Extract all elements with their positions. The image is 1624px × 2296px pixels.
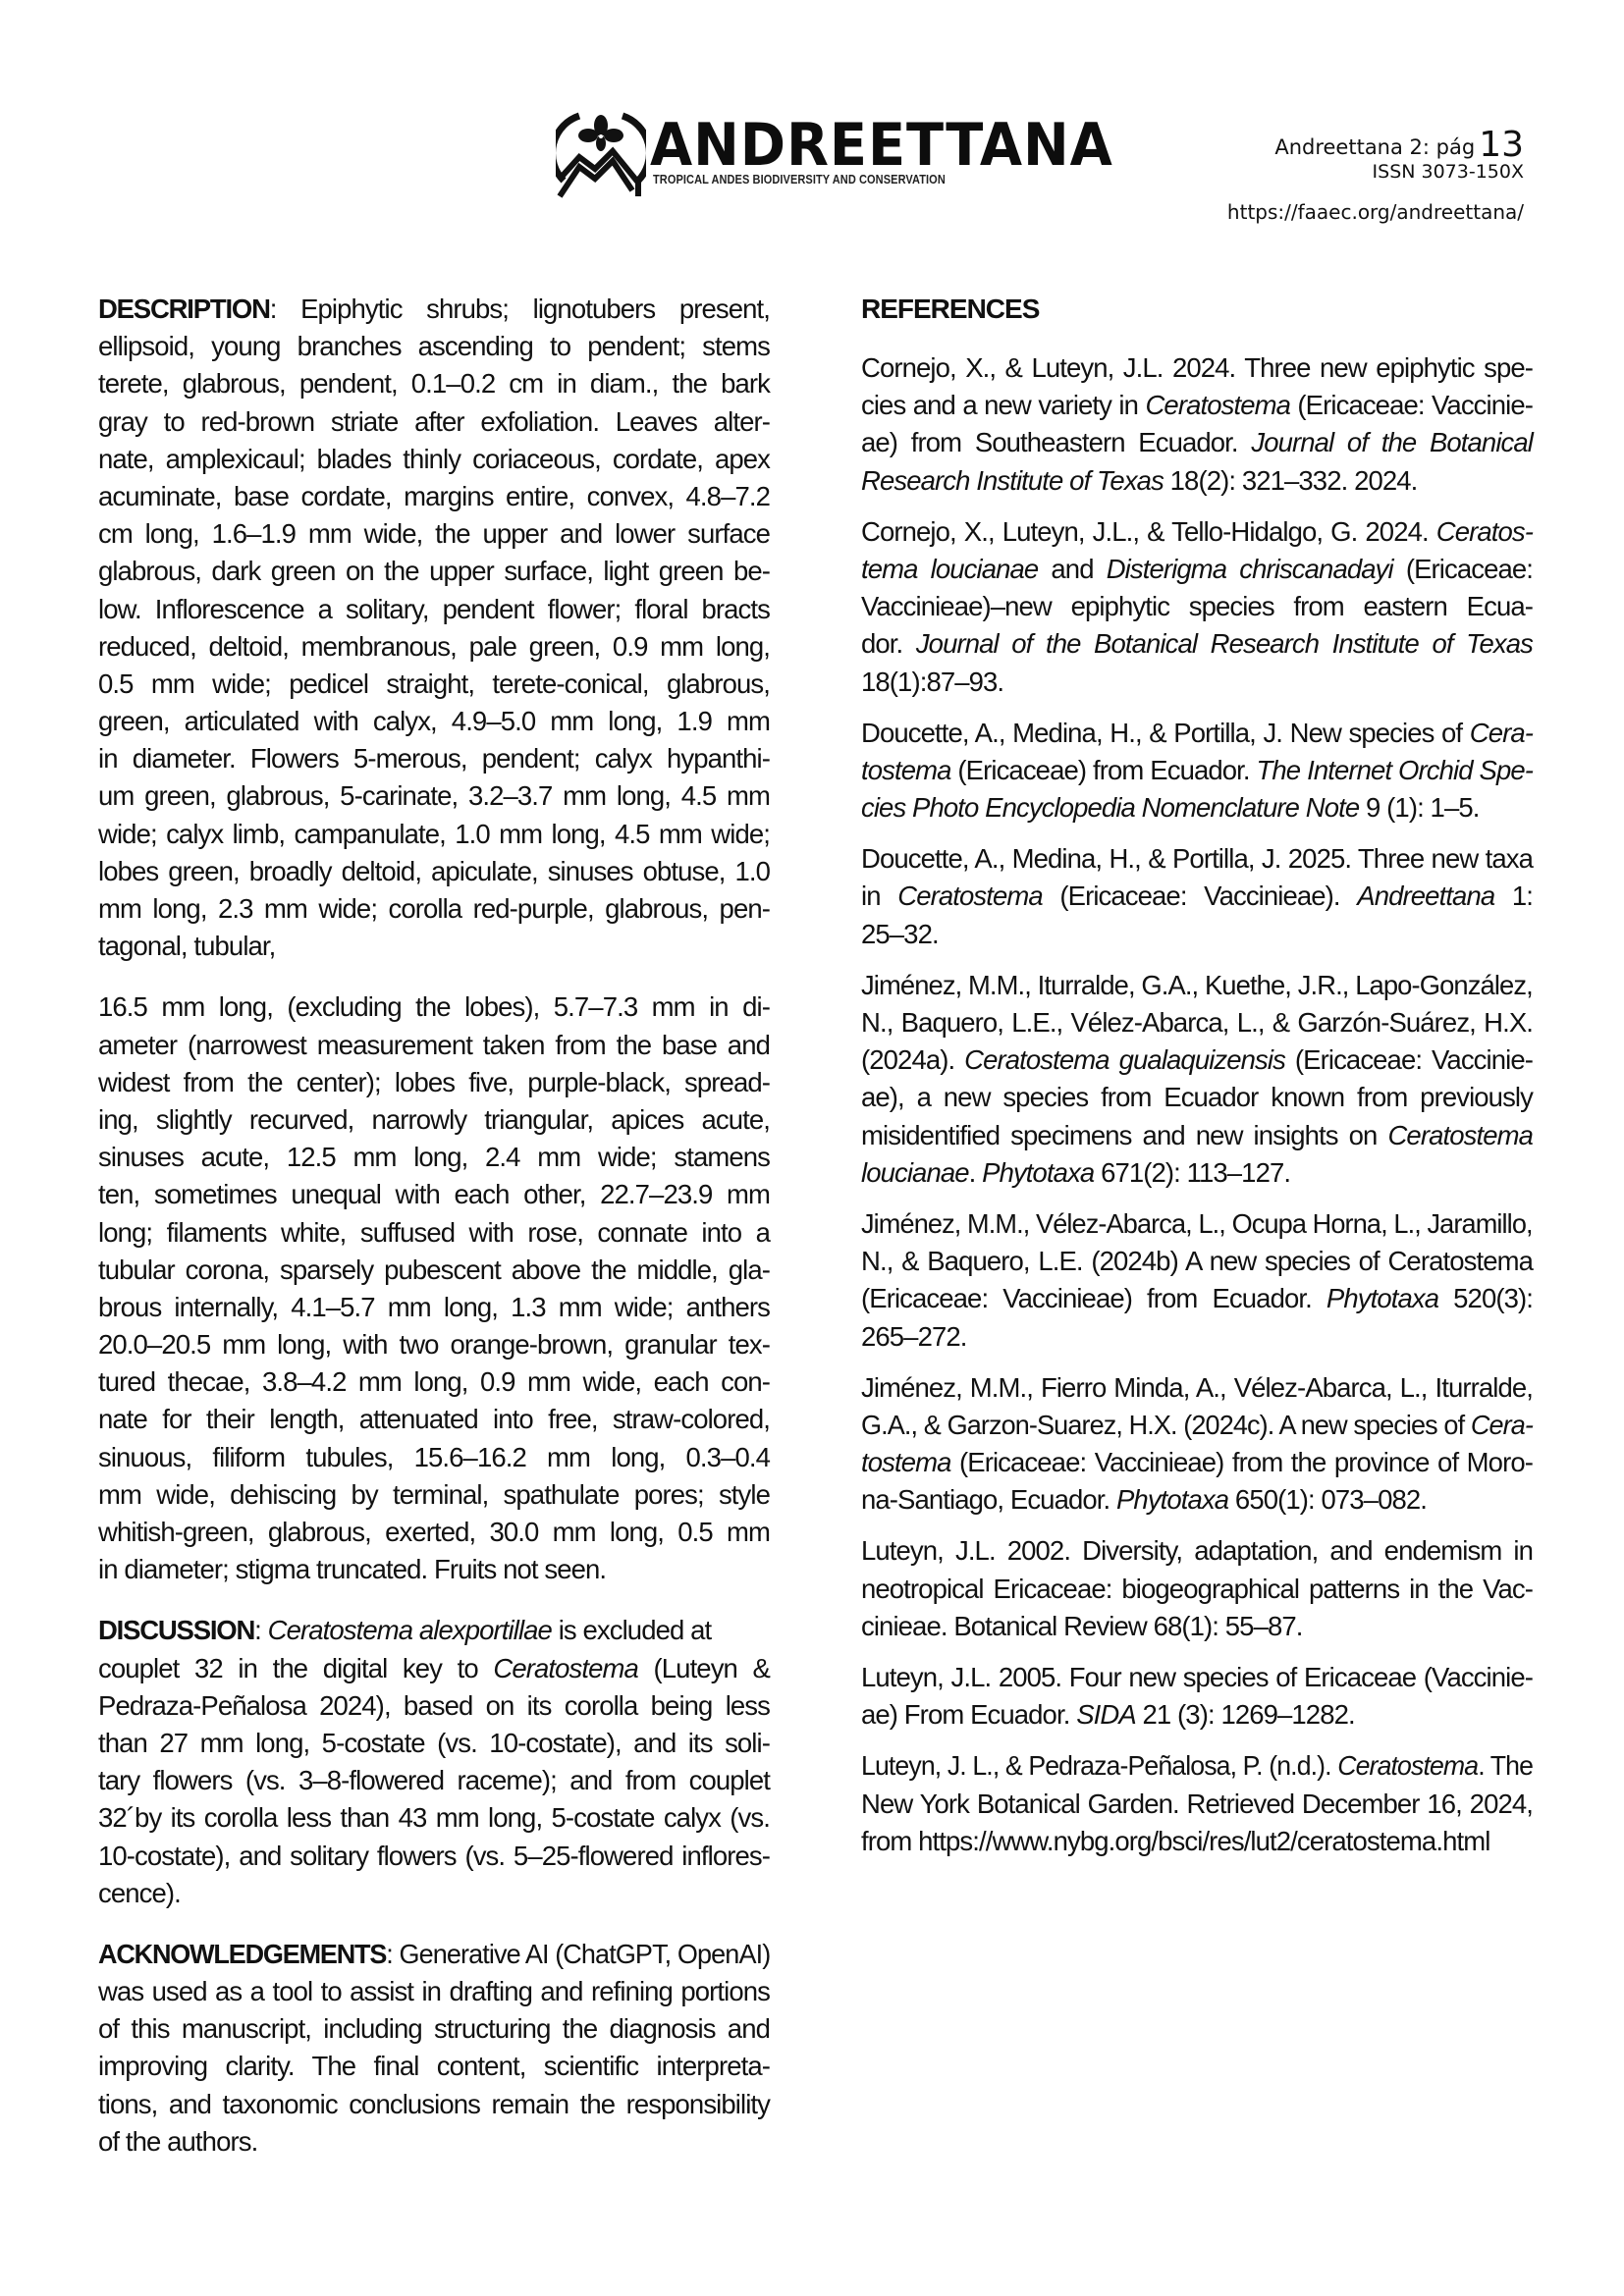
text-line: 18(1):87–93. (861, 664, 1533, 701)
text-line: whitish-green, glabrous, exerted, 30.0 m… (98, 1514, 770, 1551)
text-run: in diameter. Flowers 5-merous, pendent; … (98, 743, 770, 774)
text-run: 21 (3): 1269–1282. (1136, 1699, 1355, 1730)
text-line: 10-costate), and solitary flowers (vs. 5… (98, 1838, 770, 1875)
text-run: Pedraza-Peñalosa 2024), based on its cor… (98, 1690, 770, 1721)
text-run: : (254, 1615, 267, 1645)
italic-text: Ceratostema (897, 881, 1043, 911)
text-line: was used as a tool to assist in drafting… (98, 1973, 770, 2010)
text-line: acuminate, base cordate, margins entire,… (98, 478, 770, 515)
left-column: DESCRIPTION: Epiphytic shrubs; lignotube… (98, 291, 770, 2184)
journal-logo: ANDREETTANA TROPICAL ANDES BIODIVERSITY … (556, 110, 1081, 198)
text-line: Research Institute of Texas 18(2): 321–3… (861, 462, 1533, 500)
issn: ISSN 3073-150X (1227, 161, 1524, 183)
logo-wordmark: ANDREETTANA (650, 116, 1113, 175)
acknowledgements-paragraph: ACKNOWLEDGEMENTS: Generative AI (ChatGPT… (98, 1936, 770, 2161)
text-run: 520(3): (1438, 1283, 1533, 1313)
text-run: cies and a new variety in (861, 390, 1145, 420)
text-run: 0.5 mm wide; pedicel straight, terete-co… (98, 668, 770, 699)
text-run: ae), a new species from Ecuador known fr… (861, 1082, 1533, 1112)
text-run: Luteyn, J.L. 2005. Four new species of E… (861, 1662, 1533, 1692)
italic-text: Andreettana (1357, 881, 1494, 911)
text-line: G.A., & Garzon-Suarez, H.X. (2024c). A n… (861, 1407, 1533, 1444)
text-line: mm long, 2.3 mm wide; corolla red-purple… (98, 890, 770, 928)
text-line: than 27 mm long, 5-costate (vs. 10-costa… (98, 1725, 770, 1762)
text-run: in diameter; stigma truncated. Fruits no… (98, 1554, 606, 1584)
logo-tagline: TROPICAL ANDES BIODIVERSITY AND CONSERVA… (653, 173, 946, 187)
italic-text: Ceratostema gualaquizensis (964, 1044, 1285, 1075)
text-line: tagonal, tubular, (98, 928, 770, 965)
text-line: New York Botanical Garden. Retrieved Dec… (861, 1786, 1533, 1823)
text-run: 32´by its corolla less than 43 mm long, … (98, 1802, 770, 1833)
text-run: ae) from Southeastern Ecuador. (861, 427, 1251, 457)
reference-item: Cornejo, X., Luteyn, J.L., & Tello-Hidal… (861, 513, 1533, 701)
journal-url-link[interactable]: https://faaec.org/andreettana/ (1227, 200, 1524, 224)
text-line: cies and a new variety in Ceratostema (E… (861, 387, 1533, 424)
text-line: from https://www.nybg.org/bsci/res/lut2/… (861, 1823, 1533, 1860)
text-line: dor. Journal of the Botanical Research I… (861, 625, 1533, 663)
text-run: couplet 32 in the digital key to (98, 1653, 493, 1683)
text-run: 1: (1494, 881, 1533, 911)
text-line: sinuses acute, 12.5 mm long, 2.4 mm wide… (98, 1139, 770, 1176)
text-run: 10-costate), and solitary flowers (vs. 5… (98, 1841, 770, 1871)
text-line: Jiménez, M.M., Vélez-Abarca, L., Ocupa H… (861, 1205, 1533, 1243)
text-line: N., & Baquero, L.E. (2024b) A new specie… (861, 1243, 1533, 1280)
italic-text: Phytotaxa (1116, 1484, 1228, 1515)
text-run: (2024a). (861, 1044, 964, 1075)
text-run: brous internally, 4.1–5.7 mm long, 1.3 m… (98, 1292, 770, 1322)
italic-text: Ceratostema (493, 1653, 638, 1683)
text-line: tary flowers (vs. 3–8-flowered raceme); … (98, 1762, 770, 1799)
text-line: sinuous, filiform tubules, 15.6–16.2 mm … (98, 1439, 770, 1476)
text-run: G.A., & Garzon-Suarez, H.X. (2024c). A n… (861, 1410, 1471, 1440)
text-line: na-Santiago, Ecuador. Phytotaxa 650(1): … (861, 1481, 1533, 1519)
text-line: ae), a new species from Ecuador known fr… (861, 1079, 1533, 1116)
text-line: in diameter; stigma truncated. Fruits no… (98, 1551, 770, 1588)
text-line: cinieae. Botanical Review 68(1): 55–87. (861, 1608, 1533, 1645)
text-line: ACKNOWLEDGEMENTS: Generative AI (ChatGPT… (98, 1936, 770, 1973)
text-run: (Ericaceae: Vaccinieae) from the provinc… (951, 1447, 1533, 1477)
text-run: ellipsoid, young branches ascending to p… (98, 331, 770, 361)
text-line: Pedraza-Peñalosa 2024), based on its cor… (98, 1687, 770, 1725)
journal-issue: Andreettana 2: pág (1274, 135, 1475, 159)
text-run: widest from the center); lobes five, pur… (98, 1067, 770, 1097)
text-run: (Ericaceae) from Ecuador. (951, 755, 1257, 785)
text-run: (Ericaceae: (1393, 554, 1533, 584)
text-run: ten, sometimes unequal with each other, … (98, 1179, 770, 1209)
reference-item: Doucette, A., Medina, H., & Portilla, J.… (861, 840, 1533, 953)
text-line: 265–272. (861, 1318, 1533, 1356)
text-line: tema loucianae and Disterigma chriscanad… (861, 551, 1533, 588)
text-run: acuminate, base cordate, margins entire,… (98, 481, 770, 511)
text-run: 650(1): 073–082. (1228, 1484, 1427, 1515)
section-label: ACKNOWLEDGEMENTS (98, 1939, 386, 1969)
journal-meta: Andreettana 2: pág13 ISSN 3073-150X http… (1227, 132, 1524, 224)
text-line: tions, and taxonomic conclusions remain … (98, 2086, 770, 2123)
text-run: is excluded at (552, 1615, 711, 1645)
text-line: ellipsoid, young branches ascending to p… (98, 328, 770, 365)
italic-text: Phytotaxa (1326, 1283, 1438, 1313)
text-run: tagonal, tubular, (98, 931, 275, 961)
text-run: ing, slightly recurved, narrowly triangu… (98, 1104, 770, 1135)
reference-item: Luteyn, J.L. 2005. Four new species of E… (861, 1659, 1533, 1734)
text-run: na-Santiago, Ecuador. (861, 1484, 1116, 1515)
text-run: sinuous, filiform tubules, 15.6–16.2 mm … (98, 1442, 770, 1472)
text-run: in (861, 881, 897, 911)
text-line: nate for their length, attenuated into f… (98, 1401, 770, 1438)
text-run: whitish-green, glabrous, exerted, 30.0 m… (98, 1517, 770, 1547)
italic-text: Journal of the Botanical Research Instit… (916, 628, 1533, 659)
text-line: 25–32. (861, 916, 1533, 953)
text-run: cinieae. Botanical Review 68(1): 55–87. (861, 1611, 1303, 1641)
text-run: wide; calyx limb, campanulate, 1.0 mm lo… (98, 819, 770, 849)
text-run: Cornejo, X., & Luteyn, J.L. 2024. Three … (861, 352, 1533, 383)
italic-text: tostema (861, 755, 951, 785)
text-run: : Generative AI (ChatGPT, OpenAI) (386, 1939, 770, 1969)
text-line: um green, glabrous, 5-carinate, 3.2–3.7 … (98, 777, 770, 815)
italic-text: Ceratostema (1337, 1750, 1478, 1781)
text-line: Cornejo, X., Luteyn, J.L., & Tello-Hidal… (861, 513, 1533, 551)
text-run: 18(2): 321–332. 2024. (1164, 465, 1417, 496)
text-run: nate, amplexicaul; blades thinly coriace… (98, 444, 770, 474)
orchid-mountain-logo-icon (556, 110, 646, 198)
text-line: ae) From Ecuador. SIDA 21 (3): 1269–1282… (861, 1696, 1533, 1734)
italic-text: SIDA (1076, 1699, 1136, 1730)
text-run: dor. (861, 628, 916, 659)
text-run: and (1038, 554, 1106, 584)
page-number: 13 (1479, 125, 1524, 165)
text-run: nate for their length, attenuated into f… (98, 1404, 770, 1434)
text-line: wide; calyx limb, campanulate, 1.0 mm lo… (98, 816, 770, 853)
italic-text: Ceratostema (1387, 1120, 1533, 1150)
text-line: ameter (narrowest measurement taken from… (98, 1027, 770, 1064)
text-line: mm wide, dehiscing by terminal, spathula… (98, 1476, 770, 1514)
discussion-paragraph: DISCUSSION: Ceratostema alexportillae is… (98, 1612, 770, 1912)
text-run: N., & Baquero, L.E. (2024b) A new specie… (861, 1246, 1533, 1276)
text-run: gray to red-brown striate after exfoliat… (98, 406, 770, 437)
text-run: um green, glabrous, 5-carinate, 3.2–3.7 … (98, 780, 770, 811)
journal-reference: Andreettana 2: pág13 (1227, 132, 1524, 161)
text-run: Jiménez, M.M., Fierro Minda, A., Vélez-A… (861, 1372, 1533, 1403)
reference-item: Luteyn, J.L. 2002. Diversity, adaptation… (861, 1532, 1533, 1645)
reference-item: Luteyn, J. L., & Pedraza-Peñalosa, P. (n… (861, 1747, 1533, 1860)
text-run: Jiménez, M.M., Iturralde, G.A., Kuethe, … (861, 970, 1533, 1000)
text-line: 0.5 mm wide; pedicel straight, terete-co… (98, 666, 770, 703)
text-line: gray to red-brown striate after exfoliat… (98, 403, 770, 441)
description-paragraph-1: DESCRIPTION: Epiphytic shrubs; lignotube… (98, 291, 770, 965)
text-line: nate, amplexicaul; blades thinly coriace… (98, 441, 770, 478)
text-run: cm long, 1.6–1.9 mm wide, the upper and … (98, 518, 770, 549)
italic-text: Ceratostema (1145, 390, 1290, 420)
text-line: tubular corona, sparsely pubescent above… (98, 1252, 770, 1289)
text-line: 20.0–20.5 mm long, with two orange-brown… (98, 1326, 770, 1363)
text-run: neotropical Ericaceae: biogeographical p… (861, 1574, 1533, 1604)
text-run: Luteyn, J. L., & Pedraza-Peñalosa, P. (n… (861, 1750, 1337, 1781)
section-label: DESCRIPTION (98, 294, 270, 324)
text-run: terete, glabrous, pendent, 0.1–0.2 cm in… (98, 368, 770, 399)
text-run: cence). (98, 1878, 181, 1908)
text-run: New York Botanical Garden. Retrieved Dec… (861, 1789, 1533, 1819)
text-run: lobes green, broadly deltoid, apiculate,… (98, 856, 770, 886)
text-line: (2024a). Ceratostema gualaquizensis (Eri… (861, 1041, 1533, 1079)
references-heading: REFERENCES (861, 291, 1533, 328)
text-run: mm wide, dehiscing by terminal, spathula… (98, 1479, 770, 1510)
text-line: Doucette, A., Medina, H., & Portilla, J.… (861, 715, 1533, 752)
text-run: of this manuscript, including structurin… (98, 2013, 770, 2044)
italic-text: loucianae (861, 1157, 969, 1188)
text-run: 16.5 mm long, (excluding the lobes), 5.7… (98, 991, 770, 1022)
italic-text: tema loucianae (861, 554, 1038, 584)
text-line: ing, slightly recurved, narrowly triangu… (98, 1101, 770, 1139)
text-run: was used as a tool to assist in drafting… (98, 1976, 770, 2006)
italic-text: Journal of the Botanical (1251, 427, 1533, 457)
text-line: glabrous, dark green on the upper surfac… (98, 553, 770, 590)
text-run: of the authors. (98, 2126, 257, 2157)
italic-text: Ceratos- (1436, 516, 1533, 547)
text-run: mm long, 2.3 mm wide; corolla red-purple… (98, 893, 770, 924)
text-run: sinuses acute, 12.5 mm long, 2.4 mm wide… (98, 1142, 770, 1172)
italic-text: Cera- (1470, 718, 1533, 748)
text-line: ten, sometimes unequal with each other, … (98, 1176, 770, 1213)
italic-text: Cera- (1471, 1410, 1533, 1440)
text-line: DISCUSSION: Ceratostema alexportillae is… (98, 1612, 770, 1649)
text-run: reduced, deltoid, membranous, pale green… (98, 631, 770, 662)
text-line: of the authors. (98, 2123, 770, 2161)
description-paragraph-2: 16.5 mm long, (excluding the lobes), 5.7… (98, 988, 770, 1588)
text-run: (Ericaceae: Vaccinie- (1290, 390, 1533, 420)
text-run: Luteyn, J.L. 2002. Diversity, adaptation… (861, 1535, 1533, 1566)
text-run: . The (1478, 1750, 1533, 1781)
text-run: ameter (narrowest measurement taken from… (98, 1030, 770, 1060)
text-line: brous internally, 4.1–5.7 mm long, 1.3 m… (98, 1289, 770, 1326)
reference-item: Jiménez, M.M., Iturralde, G.A., Kuethe, … (861, 967, 1533, 1192)
text-line: tostema (Ericaceae) from Ecuador. The In… (861, 752, 1533, 789)
text-line: cence). (98, 1875, 770, 1912)
text-line: ae) from Southeastern Ecuador. Journal o… (861, 424, 1533, 461)
text-line: 32´by its corolla less than 43 mm long, … (98, 1799, 770, 1837)
text-line: couplet 32 in the digital key to Ceratos… (98, 1650, 770, 1687)
text-line: cm long, 1.6–1.9 mm wide, the upper and … (98, 515, 770, 553)
italic-text: cies Photo Encyclopedia Nomenclature Not… (861, 792, 1359, 823)
text-run: (Luteyn & (638, 1653, 770, 1683)
text-line: tured thecae, 3.8–4.2 mm long, 0.9 mm wi… (98, 1363, 770, 1401)
text-line: 16.5 mm long, (excluding the lobes), 5.7… (98, 988, 770, 1026)
text-line: N., Baquero, L.E., Vélez-Abarca, L., & G… (861, 1004, 1533, 1041)
text-line: Doucette, A., Medina, H., & Portilla, J.… (861, 840, 1533, 878)
text-run: 265–272. (861, 1321, 967, 1352)
text-run: ae) From Ecuador. (861, 1699, 1076, 1730)
text-run: Cornejo, X., Luteyn, J.L., & Tello-Hidal… (861, 516, 1436, 547)
text-line: reduced, deltoid, membranous, pale green… (98, 628, 770, 666)
section-label: DISCUSSION (98, 1615, 254, 1645)
reference-item: Doucette, A., Medina, H., & Portilla, J.… (861, 715, 1533, 828)
text-line: Luteyn, J.L. 2005. Four new species of E… (861, 1659, 1533, 1696)
right-column: REFERENCES Cornejo, X., & Luteyn, J.L. 2… (861, 291, 1533, 1874)
text-run: tubular corona, sparsely pubescent above… (98, 1255, 770, 1285)
text-line: in diameter. Flowers 5-merous, pendent; … (98, 740, 770, 777)
text-line: Luteyn, J.L. 2002. Diversity, adaptation… (861, 1532, 1533, 1570)
text-run: tions, and taxonomic conclusions remain … (98, 2089, 770, 2119)
text-run: Vaccinieae)–new epiphytic species from e… (861, 591, 1533, 621)
text-run: Doucette, A., Medina, H., & Portilla, J.… (861, 718, 1470, 748)
italic-text: The Internet Orchid Spe- (1257, 755, 1533, 785)
text-line: long; filaments white, suffused with ros… (98, 1214, 770, 1252)
text-run: Jiménez, M.M., Vélez-Abarca, L., Ocupa H… (861, 1208, 1533, 1239)
italic-text: Ceratostema alexportillae (268, 1615, 552, 1645)
text-run: tary flowers (vs. 3–8-flowered raceme); … (98, 1765, 770, 1795)
text-run: (Ericaceae: Vaccinie- (1285, 1044, 1533, 1075)
text-line: Jiménez, M.M., Iturralde, G.A., Kuethe, … (861, 967, 1533, 1004)
text-run: green, articulated with calyx, 4.9–5.0 m… (98, 706, 770, 736)
text-line: Luteyn, J. L., & Pedraza-Peñalosa, P. (n… (861, 1747, 1533, 1785)
text-run: tured thecae, 3.8–4.2 mm long, 0.9 mm wi… (98, 1366, 770, 1397)
text-line: (Ericaceae: Vaccinieae) from Ecuador. Ph… (861, 1280, 1533, 1317)
text-line: of this manuscript, including structurin… (98, 2010, 770, 2048)
italic-text: Phytotaxa (982, 1157, 1094, 1188)
reference-item: Jiménez, M.M., Fierro Minda, A., Vélez-A… (861, 1369, 1533, 1520)
text-run: N., Baquero, L.E., Vélez-Abarca, L., & G… (861, 1007, 1533, 1038)
text-run: from https://www.nybg.org/bsci/res/lut2/… (861, 1826, 1489, 1856)
text-line: lobes green, broadly deltoid, apiculate,… (98, 853, 770, 890)
text-line: widest from the center); lobes five, pur… (98, 1064, 770, 1101)
text-run: (Ericaceae: Vaccinieae) from Ecuador. (861, 1283, 1326, 1313)
italic-text: Research Institute of Texas (861, 465, 1164, 496)
text-run: misidentified specimens and new insights… (861, 1120, 1387, 1150)
text-run: 25–32. (861, 919, 939, 949)
text-run: Doucette, A., Medina, H., & Portilla, J.… (861, 843, 1533, 874)
text-run: 18(1):87–93. (861, 667, 1003, 697)
text-line: loucianae. Phytotaxa 671(2): 113–127. (861, 1154, 1533, 1192)
text-run: : Epiphytic shrubs; lignotubers present, (270, 294, 770, 324)
text-run: improving clarity. The final content, sc… (98, 2051, 770, 2081)
text-line: Cornejo, X., & Luteyn, J.L. 2024. Three … (861, 349, 1533, 387)
text-line: in Ceratostema (Ericaceae: Vaccinieae). … (861, 878, 1533, 915)
text-line: cies Photo Encyclopedia Nomenclature Not… (861, 789, 1533, 827)
text-run: (Ericaceae: Vaccinieae). (1043, 881, 1358, 911)
text-line: green, articulated with calyx, 4.9–5.0 m… (98, 703, 770, 740)
text-run: . (969, 1157, 982, 1188)
text-run: 20.0–20.5 mm long, with two orange-brown… (98, 1329, 770, 1360)
italic-text: Disterigma chriscanadayi (1107, 554, 1393, 584)
text-line: low. Inflorescence a solitary, pendent f… (98, 591, 770, 628)
text-line: Jiménez, M.M., Fierro Minda, A., Vélez-A… (861, 1369, 1533, 1407)
italic-text: tostema (861, 1447, 951, 1477)
text-run: 9 (1): 1–5. (1359, 792, 1479, 823)
reference-item: Jiménez, M.M., Vélez-Abarca, L., Ocupa H… (861, 1205, 1533, 1356)
text-line: tostema (Ericaceae: Vaccinieae) from the… (861, 1444, 1533, 1481)
text-line: improving clarity. The final content, sc… (98, 2048, 770, 2085)
text-run: low. Inflorescence a solitary, pendent f… (98, 594, 770, 624)
text-run: 671(2): 113–127. (1094, 1157, 1290, 1188)
text-run: than 27 mm long, 5-costate (vs. 10-costa… (98, 1728, 770, 1758)
text-line: neotropical Ericaceae: biogeographical p… (861, 1571, 1533, 1608)
text-run: glabrous, dark green on the upper surfac… (98, 556, 770, 586)
text-line: terete, glabrous, pendent, 0.1–0.2 cm in… (98, 365, 770, 402)
reference-item: Cornejo, X., & Luteyn, J.L. 2024. Three … (861, 349, 1533, 500)
text-line: DESCRIPTION: Epiphytic shrubs; lignotube… (98, 291, 770, 328)
text-line: misidentified specimens and new insights… (861, 1117, 1533, 1154)
text-run: long; filaments white, suffused with ros… (98, 1217, 770, 1248)
text-line: Vaccinieae)–new epiphytic species from e… (861, 588, 1533, 625)
